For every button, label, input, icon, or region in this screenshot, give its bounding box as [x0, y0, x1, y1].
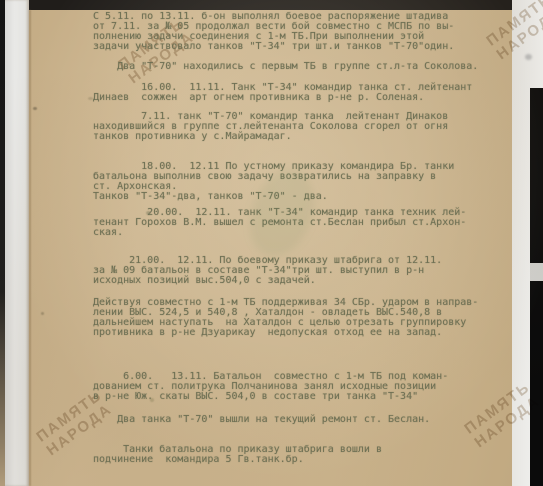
- typewritten-paragraph: Действуя совместно с 1-м ТБ поддерживая …: [93, 298, 478, 338]
- paper-speck: [33, 107, 37, 110]
- typewritten-paragraph: 7.11. танк "Т-70" командир танка лейтена…: [93, 112, 448, 142]
- typewritten-paragraph: 21.00. 12.11. По боевому приказу штабриг…: [93, 256, 442, 286]
- scan-margin-left: [5, 0, 29, 486]
- paper-edge-seam: [29, 10, 31, 486]
- typewritten-paragraph: 16.00. 11.11. Танк "Т-34" командир танка…: [93, 83, 472, 103]
- typewritten-paragraph: Танки батальона по приказу штабрига вошл…: [93, 445, 382, 465]
- scan-edge-top: [0, 0, 515, 10]
- scan-edge-notch: [530, 263, 543, 281]
- typewritten-paragraph: Два танка "Т-70" вышли на текущий ремонт…: [93, 415, 430, 425]
- typewritten-paragraph: Два "Т-70" находились с первым ТБ в груп…: [93, 62, 478, 72]
- paper-speck: [41, 312, 44, 315]
- typewritten-paragraph: 18.00. 12.11 По устному приказу командир…: [93, 162, 454, 202]
- typewritten-paragraph: С 5.11. по 13.11. б-он выполнял боевое р…: [93, 12, 454, 52]
- typewritten-paragraph: 20.00. 12.11. танк "Т-34" командир танка…: [93, 208, 466, 238]
- scan-edge-right: [530, 88, 543, 486]
- typewritten-paragraph: 6.00. 13.11. Батальон совместно с 1-м ТБ…: [93, 372, 448, 402]
- scanned-document: ПАМЯТЬ НАРОДА ПАМЯТЬ НАРОДА ПАМЯТЬ НАРОД…: [0, 0, 543, 486]
